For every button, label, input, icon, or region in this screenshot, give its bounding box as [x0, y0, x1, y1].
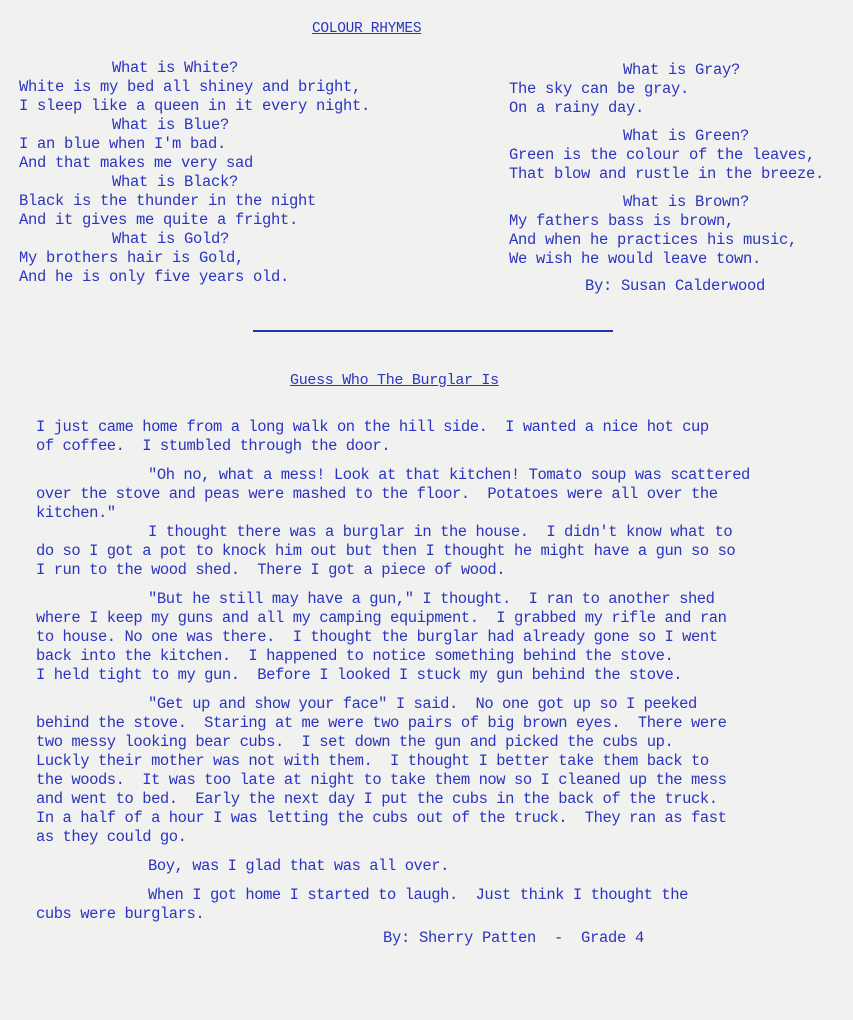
- story-line: two messy looking bear cubs. I set down …: [36, 733, 826, 752]
- poem-line: I an blue when I'm bad.: [19, 135, 370, 154]
- stanza-heading: What is White?: [19, 59, 370, 78]
- story-line: and went to bed. Early the next day I pu…: [36, 790, 826, 809]
- story-line: cubs were burglars.: [36, 905, 826, 924]
- stanza-heading: What is Blue?: [19, 116, 370, 135]
- story-byline: By: Sherry Patten - Grade 4: [383, 929, 644, 948]
- colour-rhymes-title: COLOUR RHYMES: [312, 20, 421, 39]
- story-line: In a half of a hour I was letting the cu…: [36, 809, 826, 828]
- story-line: "Oh no, what a mess! Look at that kitche…: [36, 466, 826, 485]
- story-line: Luckly their mother was not with them. I…: [36, 752, 826, 771]
- story-line: of coffee. I stumbled through the door.: [36, 437, 826, 456]
- stanza-heading: What is Brown?: [509, 193, 824, 212]
- story-line: the woods. It was too late at night to t…: [36, 771, 826, 790]
- section-divider: [253, 330, 613, 332]
- poem-line: The sky can be gray.: [509, 80, 824, 99]
- stanza-heading: What is Gray?: [509, 61, 824, 80]
- poem-line: I sleep like a queen in it every night.: [19, 97, 370, 116]
- poem-line: White is my bed all shiney and bright,: [19, 78, 370, 97]
- paragraph-gap: [36, 580, 826, 590]
- poem-byline: By: Susan Calderwood: [585, 277, 765, 296]
- story-line: behind the stove. Staring at me were two…: [36, 714, 826, 733]
- story-line: I thought there was a burglar in the hou…: [36, 523, 826, 542]
- paragraph-gap: [36, 685, 826, 695]
- poem-line: On a rainy day.: [509, 99, 824, 118]
- paragraph-gap: [36, 456, 826, 466]
- poem-line: And when he practices his music,: [509, 231, 824, 250]
- story-line: "But he still may have a gun," I thought…: [36, 590, 826, 609]
- poem-line: Green is the colour of the leaves,: [509, 146, 824, 165]
- paragraph-gap: [36, 847, 826, 857]
- stanza-heading: What is Gold?: [19, 230, 370, 249]
- story-line: I held tight to my gun. Before I looked …: [36, 666, 826, 685]
- typed-page: COLOUR RHYMES What is White?White is my …: [0, 0, 853, 1020]
- story-line: Boy, was I glad that was all over.: [36, 857, 826, 876]
- stanza-gap: [509, 118, 824, 127]
- poem-line: And it gives me quite a fright.: [19, 211, 370, 230]
- story-line: back into the kitchen. I happened to not…: [36, 647, 826, 666]
- poem-left-column: What is White?White is my bed all shiney…: [19, 59, 370, 287]
- poem-line: That blow and rustle in the breeze.: [509, 165, 824, 184]
- story-line: to house. No one was there. I thought th…: [36, 628, 826, 647]
- poem-line: We wish he would leave town.: [509, 250, 824, 269]
- stanza-gap: [509, 184, 824, 193]
- poem-line: And that makes me very sad: [19, 154, 370, 173]
- poem-line: My fathers bass is brown,: [509, 212, 824, 231]
- stanza-heading: What is Black?: [19, 173, 370, 192]
- story-line: I just came home from a long walk on the…: [36, 418, 826, 437]
- story-body: I just came home from a long walk on the…: [36, 418, 826, 924]
- story-line: do so I got a pot to knock him out but t…: [36, 542, 826, 561]
- story-line: "Get up and show your face" I said. No o…: [36, 695, 826, 714]
- story-line: where I keep my guns and all my camping …: [36, 609, 826, 628]
- poem-right-column: What is Gray?The sky can be gray.On a ra…: [509, 61, 824, 269]
- story-line: over the stove and peas were mashed to t…: [36, 485, 826, 504]
- poem-line: And he is only five years old.: [19, 268, 370, 287]
- poem-line: My brothers hair is Gold,: [19, 249, 370, 268]
- poem-line: Black is the thunder in the night: [19, 192, 370, 211]
- story-line: I run to the wood shed. There I got a pi…: [36, 561, 826, 580]
- story-line: as they could go.: [36, 828, 826, 847]
- story-line: When I got home I started to laugh. Just…: [36, 886, 826, 905]
- story-line: kitchen.": [36, 504, 826, 523]
- story-title: Guess Who The Burglar Is: [290, 371, 499, 390]
- stanza-heading: What is Green?: [509, 127, 824, 146]
- paragraph-gap: [36, 876, 826, 886]
